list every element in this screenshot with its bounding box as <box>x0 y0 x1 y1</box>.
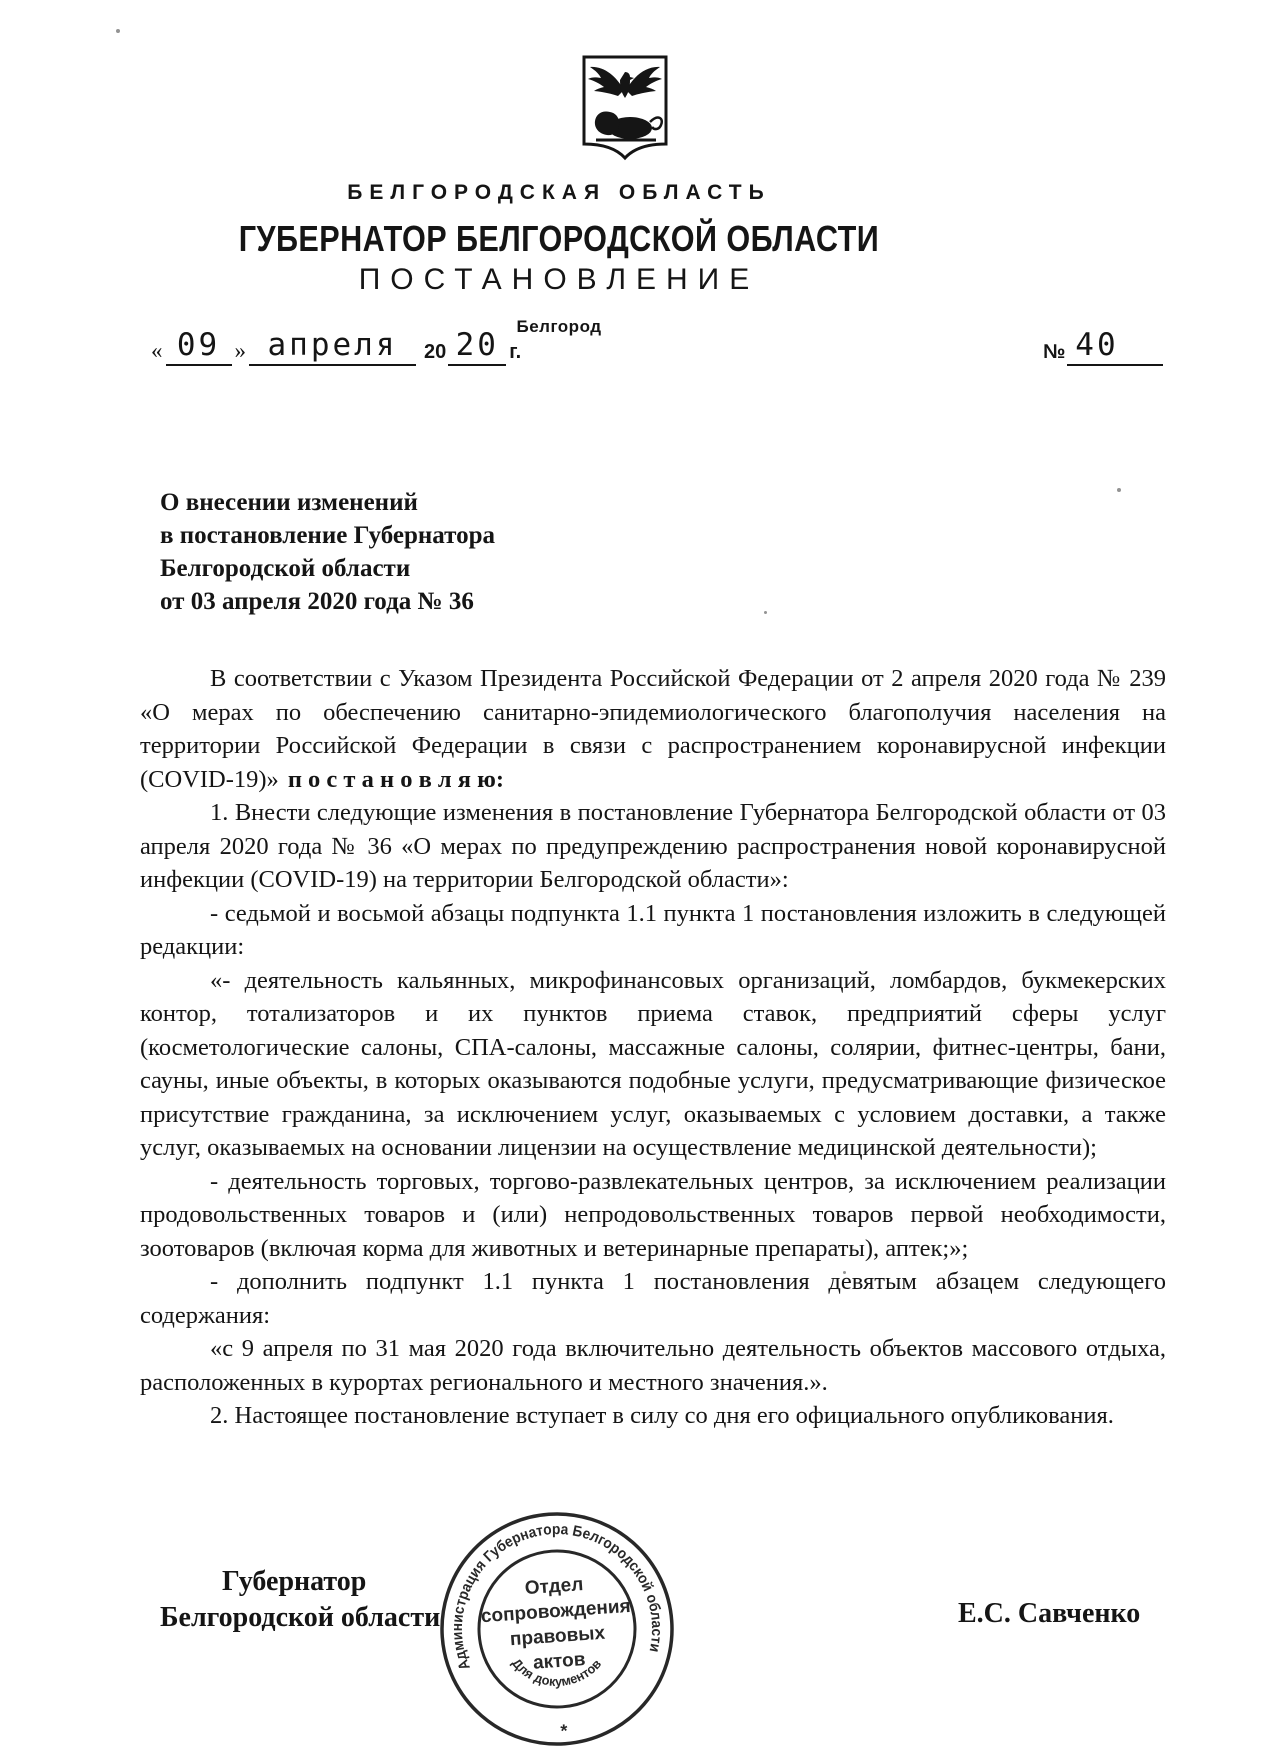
coat-of-arms-icon <box>580 54 670 162</box>
title-line: в постановление Губернатора <box>160 519 495 552</box>
signer-title-line2: Белгородской области <box>160 1602 440 1634</box>
date-line: « 09 » апреля 20 20 г. <box>148 330 523 366</box>
stamp-star: * <box>560 1721 568 1741</box>
svg-text:сопровождения: сопровождения <box>480 1596 631 1627</box>
title-line: О внесении изменений <box>160 486 495 519</box>
year-prefix: 20 <box>416 342 448 366</box>
scan-speck <box>843 1271 846 1274</box>
paragraph: - седьмой и восьмой абзацы подпункта 1.1… <box>140 897 1166 964</box>
number-field: 40 <box>1067 330 1163 366</box>
scan-speck <box>764 611 767 614</box>
signer-name: Е.С. Савченко <box>958 1598 1140 1630</box>
official-round-stamp: Администрация Губернатора Белгородской о… <box>430 1502 684 1752</box>
year-abbr: г. <box>506 342 523 366</box>
document-type: ПОСТАНОВЛЕНИЕ <box>359 263 760 297</box>
scan-speck <box>1117 488 1121 492</box>
paragraph: «с 9 апреля по 31 мая 2020 года включите… <box>140 1332 1166 1399</box>
paragraph: «- деятельность кальянных, микрофинансов… <box>140 964 1166 1165</box>
region-name: БЕЛГОРОДСКАЯ ОБЛАСТЬ <box>347 181 770 205</box>
day-field: 09 <box>166 330 232 366</box>
month-field: апреля <box>249 330 416 366</box>
paragraph: В соответствии с Указом Президента Росси… <box>140 662 1166 796</box>
document-title: О внесении изменений в постановление Губ… <box>160 486 495 618</box>
paragraph: - деятельность торговых, торгово-развлек… <box>140 1165 1166 1266</box>
decree-document-page: БЕЛГОРОДСКАЯ ОБЛАСТЬ ГУБЕРНАТОР БЕЛГОРОД… <box>0 0 1278 1752</box>
bold-resolution-word: п о с т а н о в л я ю: <box>288 766 504 793</box>
title-line: от 03 апреля 2020 года № 36 <box>160 585 495 618</box>
document-number-line: № 40 <box>1035 330 1163 366</box>
city-name: Белгород <box>516 317 601 337</box>
close-quote: » <box>232 339 250 366</box>
year-field: 20 <box>448 330 506 366</box>
svg-text:правовых: правовых <box>509 1623 606 1651</box>
stamp-center-text: Отдел сопровождения правовых актов * <box>478 1571 639 1746</box>
number-sign: № <box>1035 342 1067 366</box>
open-quote: « <box>148 339 166 366</box>
title-line: Белгородской области <box>160 552 495 585</box>
svg-text:актов: актов <box>532 1649 586 1674</box>
svg-text:Отдел: Отдел <box>524 1574 584 1599</box>
paragraph: - дополнить подпункт 1.1 пункта 1 постан… <box>140 1265 1166 1332</box>
scan-speck <box>116 29 120 33</box>
paragraph: 2. Настоящее постановление вступает в си… <box>140 1399 1166 1433</box>
issuing-authority: ГУБЕРНАТОР БЕЛГОРОДСКОЙ ОБЛАСТИ <box>239 218 879 260</box>
paragraph: 1. Внести следующие изменения в постанов… <box>140 796 1166 897</box>
signer-title-line1: Губернатор <box>222 1566 366 1598</box>
document-body: В соответствии с Указом Президента Росси… <box>140 662 1166 1433</box>
